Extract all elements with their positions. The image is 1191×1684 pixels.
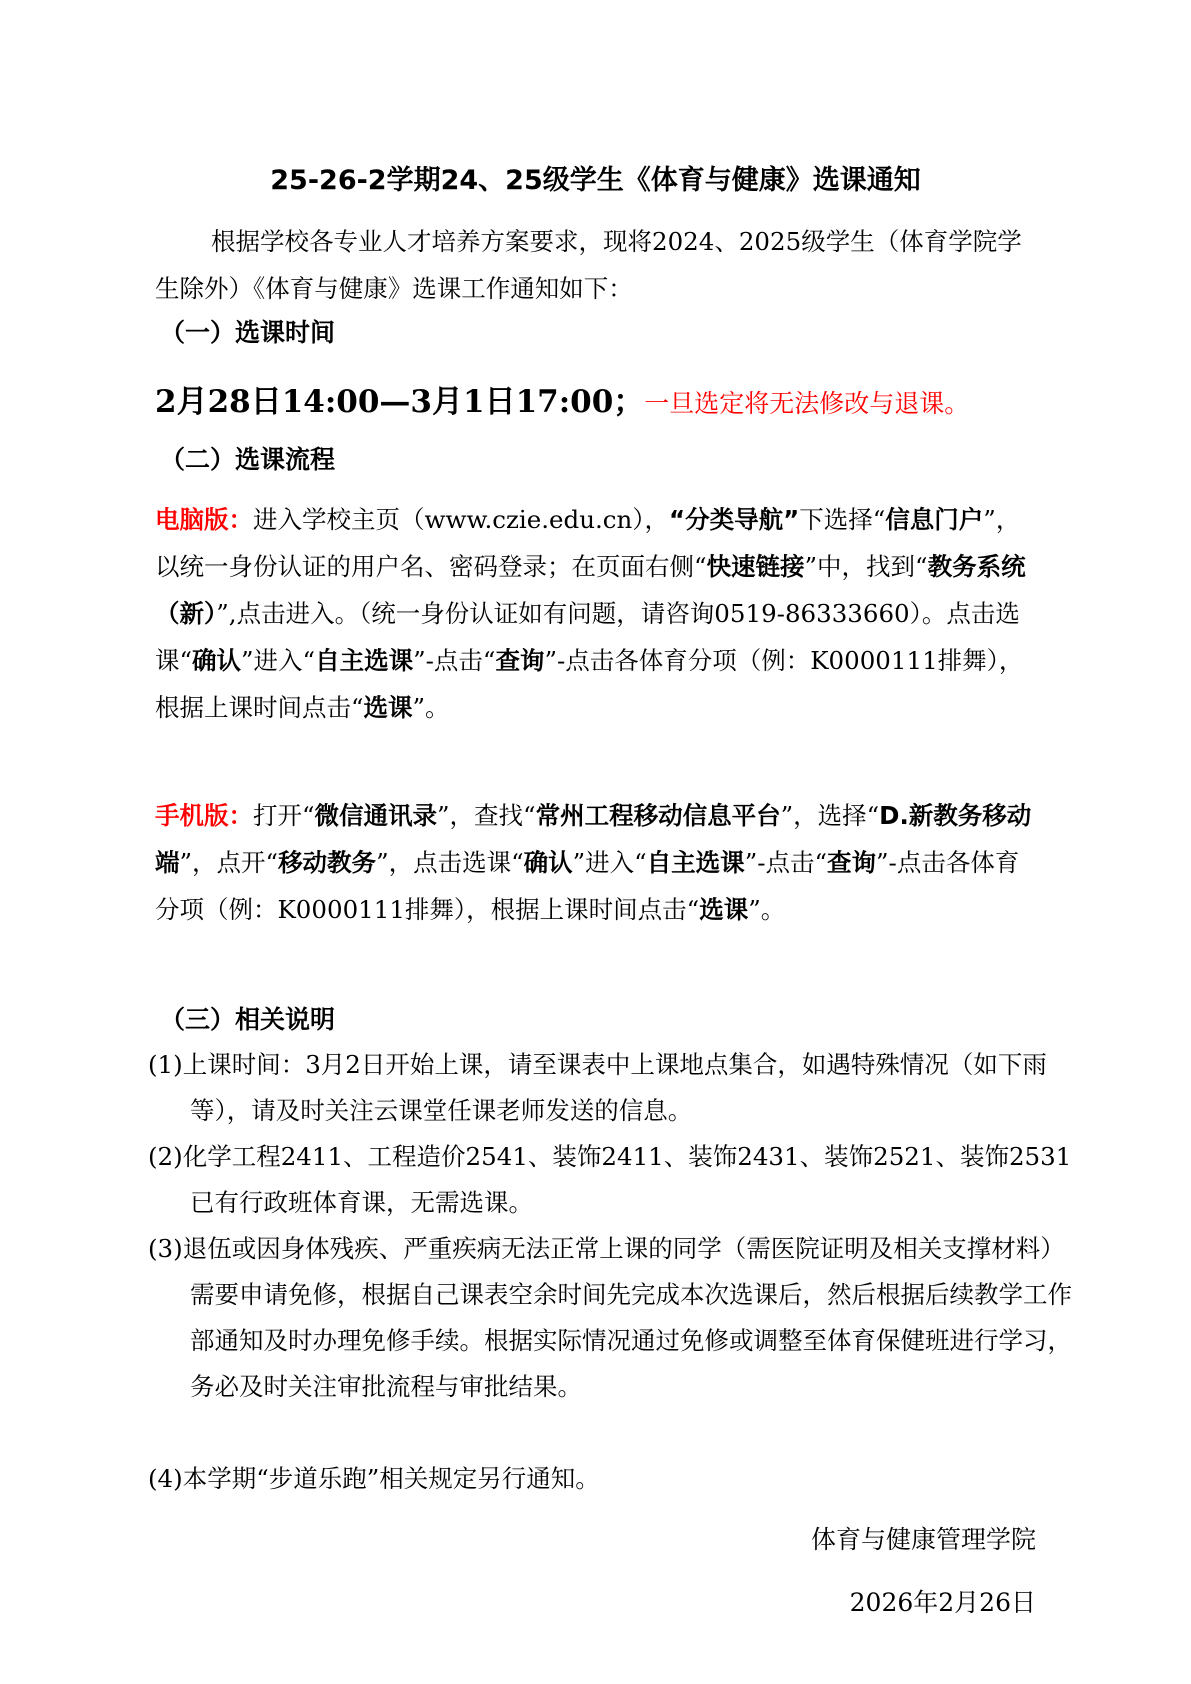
- mobile-instructions: 手机版：打开“微信通讯录”，查找“常州工程移动信息平台”，选择“D.新教务移动端…: [155, 792, 1035, 933]
- selection-time: 2月28日14:00—3月1日17:00；一旦选定将无法修改与退课。: [155, 376, 969, 421]
- text: ”，选择“: [781, 801, 880, 830]
- time-warning: 一旦选定将无法修改与退课。: [644, 389, 969, 418]
- text: ”，点击选课“: [376, 848, 524, 877]
- text: ”。: [413, 693, 450, 722]
- notice-page: 25-26-2学期24、25级学生《体育与健康》选课通知 根据学校各专业人才培养…: [0, 0, 1191, 1684]
- note-item-1: (1)上课时间：3月2日开始上课，请至课表中上课地点集合，如遇特殊情况（如下雨等…: [148, 1042, 1080, 1134]
- bold-text: 自主选课: [647, 848, 745, 877]
- signature-org: 体育与健康管理学院: [811, 1520, 1036, 1556]
- signature-date: 2026年2月26日: [850, 1583, 1036, 1619]
- note-item-4: (4)本学期“步道乐跑”相关规定另行通知。: [148, 1456, 1080, 1502]
- bold-text: 确认: [524, 848, 573, 877]
- bold-text: 快速链接: [707, 552, 805, 581]
- bold-text: 自主选课: [315, 646, 413, 675]
- text: ”，查找“: [437, 801, 536, 830]
- intro-paragraph: 根据学校各专业人才培养方案要求，现将2024、2025级学生（体育学院学生除外）…: [155, 218, 1035, 312]
- bold-text: 选课: [364, 693, 413, 722]
- page-title: 25-26-2学期24、25级学生《体育与健康》选课通知: [0, 158, 1191, 197]
- bold-text: 选课: [699, 895, 748, 924]
- bold-text: 确认: [192, 646, 241, 675]
- note-item-3: (3)退伍或因身体残疾、严重疾病无法正常上课的同学（需医院证明及相关支撑材料）需…: [148, 1226, 1080, 1410]
- text: 下选择“: [799, 505, 885, 534]
- text: ”中，找到“: [805, 552, 928, 581]
- bold-text: 移动教务: [278, 848, 376, 877]
- bold-text: 常州工程移动信息平台: [536, 801, 781, 830]
- bold-text: 查询: [495, 646, 544, 675]
- text: 进入学校主页（www.czie.edu.cn），: [253, 505, 669, 534]
- text: ”进入“: [241, 646, 315, 675]
- section-heading-process: （二）选课流程: [160, 440, 335, 476]
- bold-text: 查询: [827, 848, 876, 877]
- text: ”-点击“: [413, 646, 495, 675]
- pc-instructions: 电脑版：进入学校主页（www.czie.edu.cn），“分类导航”下选择“信息…: [155, 496, 1035, 731]
- text: ”进入“: [573, 848, 647, 877]
- mobile-label: 手机版：: [155, 801, 253, 830]
- text: 打开“: [253, 801, 315, 830]
- note-item-2: (2)化学工程2411、工程造价2541、装饰2411、装饰2431、装饰252…: [148, 1134, 1080, 1226]
- time-range: 2月28日14:00—3月1日17:00；: [155, 384, 644, 420]
- pc-label: 电脑版：: [155, 505, 253, 534]
- section-heading-time: （一）选课时间: [160, 313, 335, 349]
- text: ”，点开“: [180, 848, 279, 877]
- text: ”-点击“: [745, 848, 827, 877]
- section-heading-notes: （三）相关说明: [160, 1000, 335, 1036]
- bold-text: 微信通讯录: [315, 801, 438, 830]
- bold-text: 信息门户: [885, 505, 983, 534]
- text: ”。: [748, 895, 785, 924]
- bold-text: “分类导航”: [669, 505, 799, 534]
